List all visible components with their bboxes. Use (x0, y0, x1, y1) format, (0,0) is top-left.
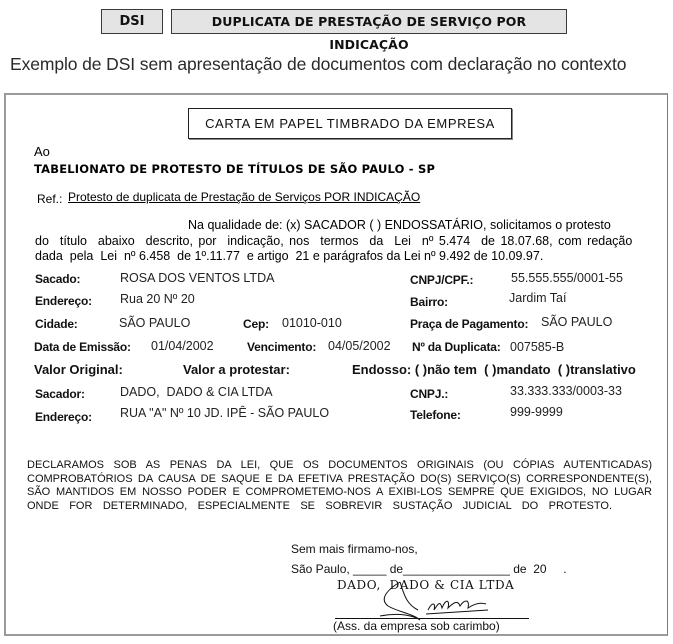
document-title-box: DUPLICATA DE PRESTAÇÃO DE SERVIÇO POR IN… (171, 9, 567, 34)
page-subtitle: Exemplo de DSI sem apresentação de docum… (10, 54, 626, 75)
data-emissao-label: Data de Emissão: (34, 340, 131, 354)
endereco-sacador-value: RUA "A" Nº 10 JD. IPÊ - SÃO PAULO (120, 406, 329, 420)
vencimento-label: Vencimento: (247, 340, 316, 354)
cnpj-value: 33.333.333/0003-33 (510, 384, 622, 398)
endereco-value: Rua 20 Nº 20 (120, 292, 195, 306)
vencimento-value: 04/05/2002 (328, 339, 391, 353)
bairro-label: Bairro: (410, 295, 448, 309)
num-duplicata-label: Nº da Duplicata: (412, 340, 501, 354)
sacador-value: DADO, DADO & CIA LTDA (120, 385, 273, 399)
body-paragraph-line: Na qualidade de: (x) SACADOR ( ) ENDOSSA… (188, 218, 611, 232)
cep-label: Cep: (243, 317, 269, 331)
ref-label: Ref.: (37, 192, 62, 206)
signature-caption: (Ass. da empresa sob carimbo) (333, 619, 500, 633)
sacado-label: Sacado: (35, 272, 80, 286)
praca-pagamento-value: SÃO PAULO (541, 315, 612, 329)
declaration-block: DECLARAMOS SOB AS PENAS DA LEI, QUE OS D… (27, 459, 652, 513)
document-code-box: DSI (101, 9, 163, 34)
sacador-label: Sacador: (35, 387, 85, 401)
salutation: Ao (34, 144, 50, 159)
cnpj-cpf-label: CNPJ/CPF.: (410, 273, 473, 287)
letterhead-box: CARTA EM PAPEL TIMBRADO DA EMPRESA (188, 108, 512, 139)
valor-protestar-label: Valor a protestar: (183, 362, 290, 377)
endereco-sacador-label: Endereço: (35, 410, 92, 424)
declaration-line: COMPROBATÓRIOS DA CAUSA DE SAQUE E DA EF… (27, 473, 652, 487)
ref-subject: Protesto de duplicata de Prestação de Se… (68, 190, 420, 204)
body-paragraph-line: do título abaixo descrito, por indicação… (35, 234, 632, 248)
valor-original-label: Valor Original: (34, 362, 123, 377)
cnpj-cpf-value: 55.555.555/0001-55 (511, 271, 623, 285)
telefone-label: Telefone: (410, 408, 461, 422)
num-duplicata-value: 007585-B (510, 340, 564, 354)
cidade-label: Cidade: (35, 317, 78, 331)
closing-phrase: Sem mais firmamo-nos, (291, 542, 418, 556)
body-paragraph-line: dada pela Lei nº 6.458 de 1º.11.77 e art… (35, 249, 543, 263)
cnpj-label: CNPJ.: (410, 387, 448, 401)
telefone-value: 999-9999 (510, 405, 563, 419)
recipient: TABELIONATO DE PROTESTO DE TÍTULOS DE SÃ… (34, 162, 435, 176)
declaration-line: DECLARAMOS SOB AS PENAS DA LEI, QUE OS D… (27, 459, 652, 473)
bairro-value: Jardim Taí (509, 291, 566, 305)
praca-pagamento-label: Praça de Pagamento: (410, 317, 528, 331)
place-date-line: São Paulo, _____ de________________ de 2… (291, 562, 567, 576)
cep-value: 01010-010 (282, 316, 342, 330)
endosso-options: Endosso: ( )não tem ( )mandato ( )transl… (352, 362, 636, 377)
declaration-line: SÃO MANTIDOS EM NOSSO PODER E COMPROMETE… (27, 486, 652, 500)
sacado-value: ROSA DOS VENTOS LTDA (120, 271, 274, 285)
declaration-line: ONDE FOR DETERMINADO, ESPECIALMENTE SE S… (27, 500, 612, 514)
endereco-label: Endereço: (35, 294, 92, 308)
cidade-value: SÃO PAULO (119, 316, 190, 330)
data-emissao-value: 01/04/2002 (151, 339, 214, 353)
